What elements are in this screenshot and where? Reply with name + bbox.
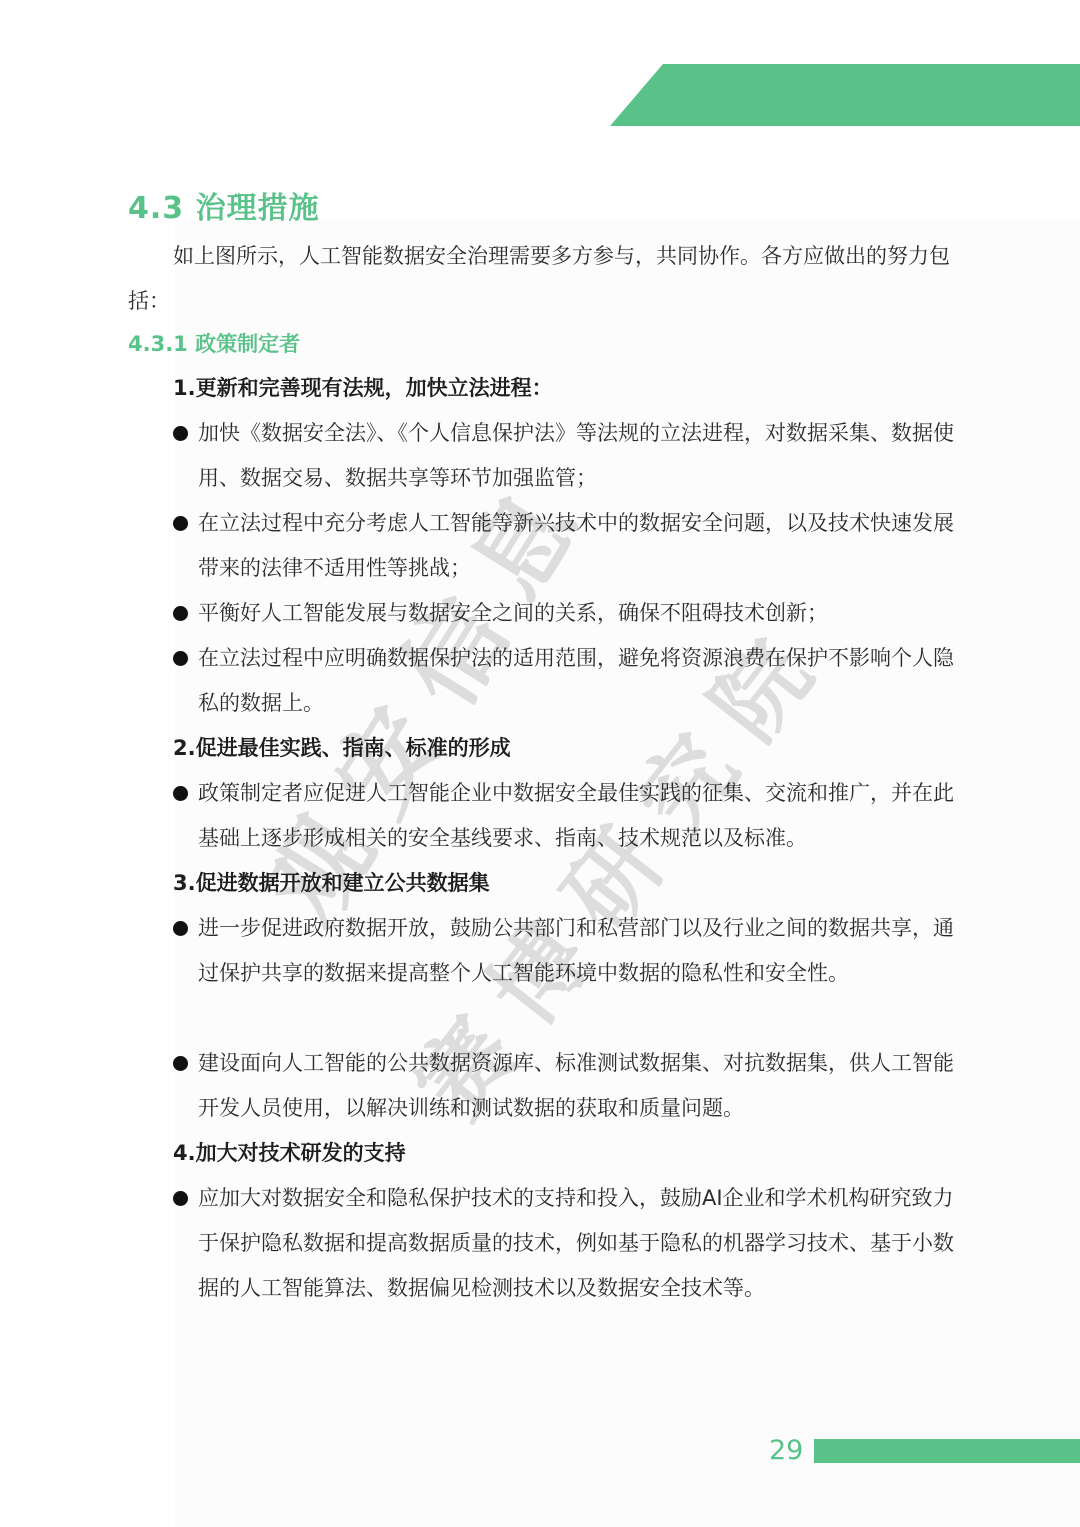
- header-decoration-band: [610, 64, 1080, 126]
- bullet-dot-icon: [173, 651, 188, 666]
- bullet-dot-icon: [173, 921, 188, 936]
- bullet-text: 加快《数据安全法》、《个人信息保护法》等法规的立法进程，对数据采集、数据使用、数…: [198, 411, 963, 501]
- bullet-item: 在立法过程中应明确数据保护法的适用范围，避免将资源浪费在保护不影响个人隐私的数据…: [173, 636, 963, 726]
- point-heading-1: 1.更新和完善现有法规，加快立法进程：: [173, 366, 553, 411]
- bullet-item: 建设面向人工智能的公共数据资源库、标准测试数据集、对抗数据集，供人工智能开发人员…: [173, 1041, 963, 1131]
- point-heading-2: 2.促进最佳实践、指南、标准的形成: [173, 726, 511, 771]
- bullet-item: 政策制定者应促进人工智能企业中数据安全最佳实践的征集、交流和推广，并在此基础上逐…: [173, 771, 963, 861]
- bullet-text: 平衡好人工智能发展与数据安全之间的关系，确保不阻碍技术创新；: [198, 591, 963, 636]
- point-heading-4: 4.加大对技术研发的支持: [173, 1131, 406, 1176]
- bullet-item: 平衡好人工智能发展与数据安全之间的关系，确保不阻碍技术创新；: [173, 591, 963, 636]
- bullet-item: 在立法过程中充分考虑人工智能等新兴技术中的数据安全问题，以及技术快速发展带来的法…: [173, 501, 963, 591]
- bullet-dot-icon: [173, 516, 188, 531]
- bullet-text: 在立法过程中充分考虑人工智能等新兴技术中的数据安全问题，以及技术快速发展带来的法…: [198, 501, 963, 591]
- bullet-item: 加快《数据安全法》、《个人信息保护法》等法规的立法进程，对数据采集、数据使用、数…: [173, 411, 963, 501]
- intro-paragraph: 如上图所示，人工智能数据安全治理需要多方参与，共同协作。各方应做出的努力包括：: [128, 234, 968, 324]
- bullet-text: 政策制定者应促进人工智能企业中数据安全最佳实践的征集、交流和推广，并在此基础上逐…: [198, 771, 963, 861]
- bullet-dot-icon: [173, 606, 188, 621]
- bullet-dot-icon: [173, 786, 188, 801]
- footer-decoration-bar: [814, 1439, 1080, 1463]
- bullet-dot-icon: [173, 1056, 188, 1071]
- page-number: 29: [769, 1434, 803, 1468]
- bullet-text: 建设面向人工智能的公共数据资源库、标准测试数据集、对抗数据集，供人工智能开发人员…: [198, 1041, 963, 1131]
- bullet-dot-icon: [173, 426, 188, 441]
- bullet-item: 进一步促进政府数据开放，鼓励公共部门和私营部门以及行业之间的数据共享，通过保护共…: [173, 906, 963, 996]
- point-heading-3: 3.促进数据开放和建立公共数据集: [173, 861, 490, 906]
- bullet-text: 在立法过程中应明确数据保护法的适用范围，避免将资源浪费在保护不影响个人隐私的数据…: [198, 636, 963, 726]
- section-title: 4.3 治理措施: [128, 183, 320, 227]
- subsection-title: 4.3.1 政策制定者: [128, 328, 300, 358]
- bullet-item: 应加大对数据安全和隐私保护技术的支持和投入，鼓励AI企业和学术机构研究致力于保护…: [173, 1176, 963, 1311]
- bullet-text: 进一步促进政府数据开放，鼓励公共部门和私营部门以及行业之间的数据共享，通过保护共…: [198, 906, 963, 996]
- bullet-dot-icon: [173, 1191, 188, 1206]
- bullet-text: 应加大对数据安全和隐私保护技术的支持和投入，鼓励AI企业和学术机构研究致力于保护…: [198, 1176, 963, 1311]
